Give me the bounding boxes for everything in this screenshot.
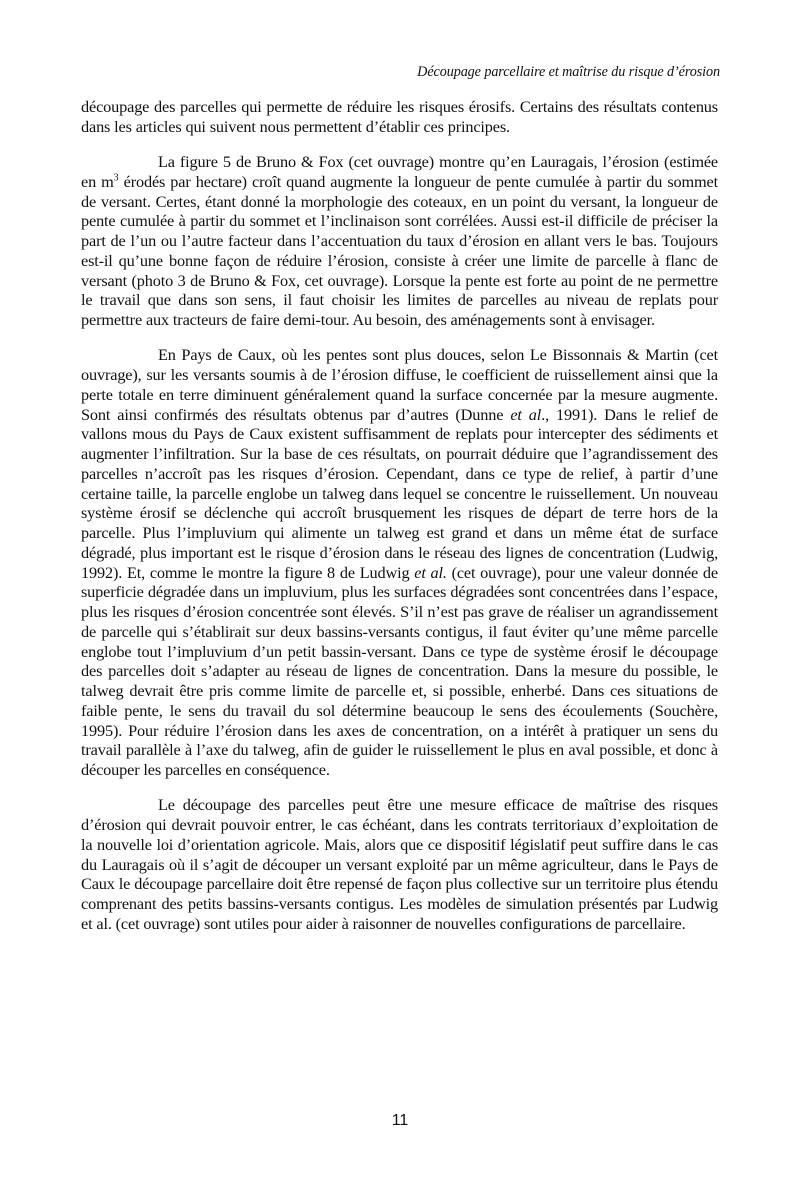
text-segment: (cet ouvrage), pour une valeur donnée de… — [81, 563, 718, 780]
running-header: Découpage parcellaire et maîtrise du ris… — [417, 64, 720, 81]
text-segment: Le découpage des parcelles peut être une… — [81, 795, 718, 933]
italic-citation: et al — [510, 405, 541, 424]
paragraph-4: Le découpage des parcelles peut être une… — [81, 795, 718, 933]
italic-citation: et al. — [414, 563, 447, 582]
paragraph-3: En Pays de Caux, où les pentes sont plus… — [81, 345, 718, 780]
text-segment: découpage des parcelles qui permette de … — [81, 97, 718, 136]
text-segment: ., 1991). Dans le relief de vallons mous… — [81, 405, 718, 582]
paragraph-1: découpage des parcelles qui permette de … — [81, 97, 718, 137]
text-segment: érodés par hectare) croît quand augmente… — [81, 172, 718, 329]
paragraph-2: La figure 5 de Bruno & Fox (cet ouvrage)… — [81, 152, 718, 330]
body-text: découpage des parcelles qui permette de … — [81, 97, 718, 949]
page-number: 11 — [0, 1112, 800, 1130]
